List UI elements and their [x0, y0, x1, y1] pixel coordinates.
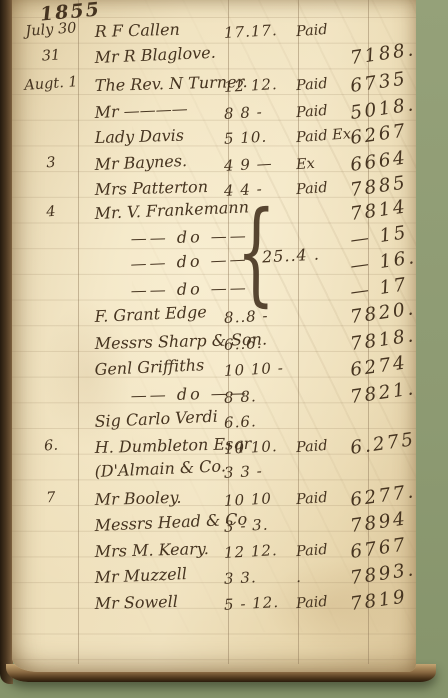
- entry-date: 3: [14, 152, 89, 173]
- entry-name: Genl Griffiths: [94, 355, 204, 379]
- entry-status: .: [296, 566, 357, 586]
- ledger-row-ditto: —— do —— 8 8. 7821.: [0, 387, 448, 411]
- entry-name: Mr Muzzell: [94, 564, 187, 587]
- entry-amount: 17.17.: [224, 20, 297, 42]
- ledger-row: F. Grant Edge 8..8 - 7820.: [0, 307, 448, 331]
- entry-date: 31: [14, 45, 89, 66]
- ledger-row: (D'Almain & Co. 3 3 -: [0, 462, 448, 486]
- ledger-row: Messrs Head & Co 3 - 3. 7894: [0, 516, 448, 540]
- entry-amount: 12 12.: [224, 540, 297, 562]
- entry-status: Ex: [296, 153, 357, 173]
- entry-status: Paid: [296, 488, 357, 508]
- entry-amount: 10 10.: [224, 436, 297, 458]
- entry-date: July 30: [14, 19, 89, 40]
- entry-name: —— do ——: [95, 278, 249, 301]
- entry-amount: 8 8 -: [224, 101, 297, 123]
- entry-amount: 5 - 12.: [224, 592, 297, 614]
- entry-date: 4: [14, 201, 89, 222]
- ledger-row: July 30 R F Callen 17.17. Paid: [0, 22, 448, 46]
- entry-status: Paid: [296, 592, 357, 612]
- ledger-row: Augt. 1 The Rev. N Turner. 12 12. Paid 6…: [0, 76, 448, 100]
- entry-amount: 5 10.: [224, 126, 297, 148]
- entry-amount: 4 9 —: [224, 153, 297, 175]
- entry-status: Paid: [296, 436, 357, 456]
- ledger-row: Mr Sowell 5 - 12. Paid 7819: [0, 594, 448, 618]
- ledger-row: Genl Griffiths 10 10 - 6274: [0, 360, 448, 384]
- entry-name: F. Grant Edge: [94, 302, 207, 326]
- entry-name: Mrs Patterton: [95, 177, 209, 199]
- entry-date: Augt. 1: [14, 73, 89, 94]
- entry-amount: 10 10: [224, 488, 297, 510]
- ledger-row: Messrs Sharp & Son. 6..6. 7818.: [0, 334, 448, 358]
- entry-amount: 3 - 3.: [224, 514, 297, 536]
- ledger-row: Mr Muzzell 3 3. . 7893.: [0, 568, 448, 592]
- scanned-ledger-photo: 1855 July 30 R F Callen 17.17. Paid 31 M…: [0, 0, 448, 698]
- entry-amount: 6..6.: [224, 332, 297, 354]
- entry-amount: 3 3.: [224, 566, 297, 588]
- entry-name: Mr Booley.: [95, 488, 182, 509]
- entry-date: 7: [14, 487, 89, 508]
- entry-status: Paid: [296, 178, 357, 198]
- entry-amount: 6.6.: [224, 410, 297, 432]
- entry-amount: 8 8.: [224, 385, 297, 407]
- entry-name: —— do ——: [95, 226, 249, 249]
- brace-amount: 25..4 .: [262, 244, 321, 266]
- entry-status: Paid: [296, 540, 357, 560]
- entry-status: Paid: [296, 101, 357, 121]
- ledger-row: 31 Mr R Blaglove. 7188.: [0, 48, 448, 72]
- ledger-row: Mrs M. Keary. 12 12. Paid 6767: [0, 542, 448, 566]
- entry-name: Lady Davis: [95, 126, 185, 147]
- entry-status: Paid Ex: [296, 126, 357, 146]
- entry-date: 6.: [14, 435, 89, 456]
- entry-name: Mr R Blaglove.: [94, 43, 216, 67]
- entry-amount: 12 12.: [224, 74, 297, 96]
- entry-name: Mr ————: [94, 99, 188, 122]
- ledger-row: Sig Carlo Verdi 6.6.: [0, 412, 448, 436]
- entry-name: Sig Carlo Verdi: [94, 407, 218, 431]
- entry-amount: 10 10 -: [224, 358, 297, 380]
- entry-amount: 3 3 -: [224, 460, 297, 482]
- entry-name: Mrs M. Keary.: [95, 539, 210, 561]
- ledger-row-ditto: —— do —— — 16.: [0, 256, 448, 280]
- ledger-row: 4 Mr. V. Frankemann 7814: [0, 204, 448, 228]
- entry-status: Paid: [296, 20, 357, 40]
- entry-status: Paid: [296, 74, 357, 94]
- entry-name: Mr Baynes.: [94, 151, 187, 174]
- ledger-row: Lady Davis 5 10. Paid Ex 6267: [0, 128, 448, 152]
- entry-name: R F Callen: [95, 20, 181, 41]
- entry-name: Mr Sowell: [95, 592, 179, 613]
